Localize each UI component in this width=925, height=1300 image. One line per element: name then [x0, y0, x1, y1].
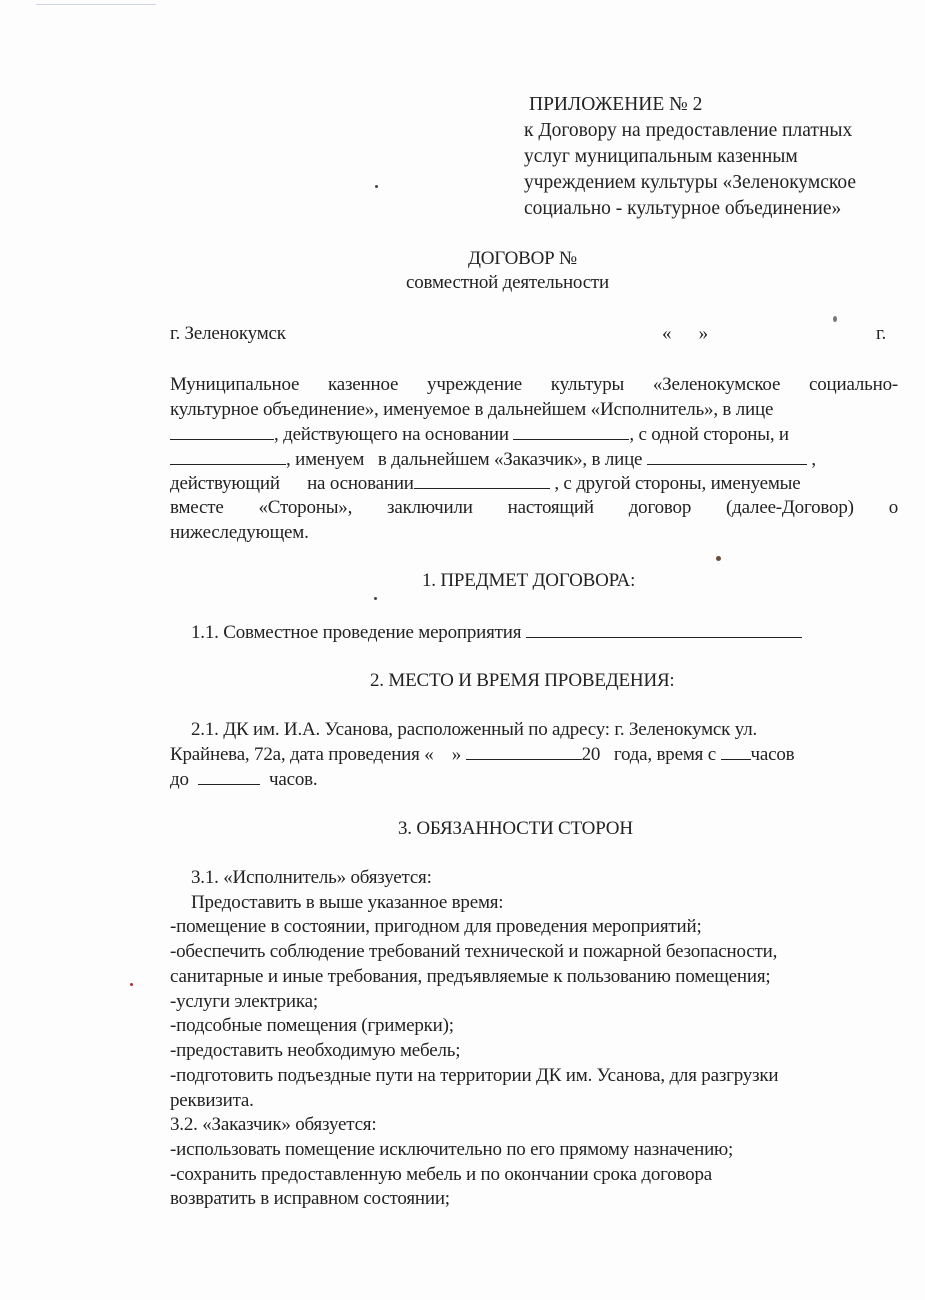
executor-item: -услуги электрика;	[170, 989, 318, 1014]
section-3-heading: 3. ОБЯЗАННОСТИ СТОРОН	[398, 816, 633, 841]
preamble-line: вместе «Стороны», заключили настоящий до…	[170, 495, 898, 520]
clause-2-1-line: Крайнева, 72а, дата проведения « » 20 го…	[170, 742, 794, 767]
scan-speck	[833, 316, 837, 322]
blank-field-end-hour[interactable]	[198, 767, 260, 785]
customer-item: возвратить в исправном состоянии;	[170, 1186, 450, 1211]
scan-speck	[375, 185, 378, 188]
clause-2-1-line: 2.1. ДК им. И.А. Усанова, расположенный …	[191, 717, 757, 742]
executor-item: реквизита.	[170, 1088, 254, 1113]
blank-field-customer-representative[interactable]	[647, 447, 807, 465]
blank-field-basis[interactable]	[513, 422, 629, 440]
appendix-line: социально - культурное объединение»	[524, 196, 856, 222]
executor-item: -подготовить подъездные пути на территор…	[170, 1063, 778, 1088]
blank-field-customer[interactable]	[170, 447, 286, 465]
blank-field-customer-basis[interactable]	[414, 471, 550, 489]
appendix-line: услуг муниципальным казенным	[524, 144, 856, 170]
appendix-block: ПРИЛОЖЕНИЕ № 2 к Договору на предоставле…	[524, 92, 856, 222]
section-2-heading: 2. МЕСТО И ВРЕМЯ ПРОВЕДЕНИЯ:	[370, 668, 675, 693]
blank-field-representative[interactable]	[170, 422, 274, 440]
appendix-line: к Договору на предоставление платных	[524, 118, 856, 144]
executor-item: -обеспечить соблюдение требований технич…	[170, 939, 777, 964]
clause-2-1-line: до часов.	[170, 767, 317, 792]
blank-field-start-hour[interactable]	[721, 742, 751, 760]
blank-field-event-date[interactable]	[466, 742, 582, 760]
contract-year: г.	[876, 321, 886, 346]
contract-city: г. Зеленокумск	[170, 321, 286, 346]
executor-item: санитарные и иные требования, предъявляе…	[170, 964, 770, 989]
appendix-line: учреждением культуры «Зеленокумское	[524, 170, 856, 196]
contract-title: ДОГОВОР №	[0, 246, 925, 271]
preamble-line: культурное объединение», именуемое в дал…	[170, 397, 773, 422]
executor-item: -подсобные помещения (гримерки);	[170, 1013, 454, 1038]
scan-speck	[130, 983, 133, 986]
clause-3-2: 3.2. «Заказчик» обязуется:	[170, 1112, 376, 1137]
executor-item: -предоставить необходимую мебель;	[170, 1038, 460, 1063]
clause-3-1: 3.1. «Исполнитель» обязуется:	[191, 865, 432, 890]
document-page: ПРИЛОЖЕНИЕ № 2 к Договору на предоставле…	[0, 0, 925, 1300]
preamble-line: действующий на основании , с другой стор…	[170, 471, 801, 496]
contract-date: « »	[662, 321, 708, 346]
scan-speck	[374, 597, 377, 600]
preamble-line: , действующего на основании , с одной ст…	[170, 422, 789, 447]
contract-subtitle: совместной деятельности	[0, 270, 925, 295]
clause-1-1: 1.1. Совместное проведение мероприятия	[191, 620, 802, 645]
preamble-line: Муниципальное казенное учреждение культу…	[170, 372, 898, 397]
scan-artifact	[36, 4, 156, 5]
provide-line: Предоставить в выше указанное время:	[191, 890, 503, 915]
scan-speck	[716, 556, 721, 561]
preamble-line: нижеследующем.	[170, 520, 309, 545]
customer-item: -использовать помещение исключительно по…	[170, 1137, 733, 1162]
section-1-heading: 1. ПРЕДМЕТ ДОГОВОРА:	[422, 568, 635, 593]
appendix-heading: ПРИЛОЖЕНИЕ № 2	[524, 92, 856, 118]
preamble-line: , именуем в дальнейшем «Заказчик», в лиц…	[170, 447, 816, 472]
customer-item: -сохранить предоставленную мебель и по о…	[170, 1162, 712, 1187]
blank-field-event[interactable]	[526, 620, 802, 638]
executor-item: -помещение в состоянии, пригодном для пр…	[170, 914, 702, 939]
